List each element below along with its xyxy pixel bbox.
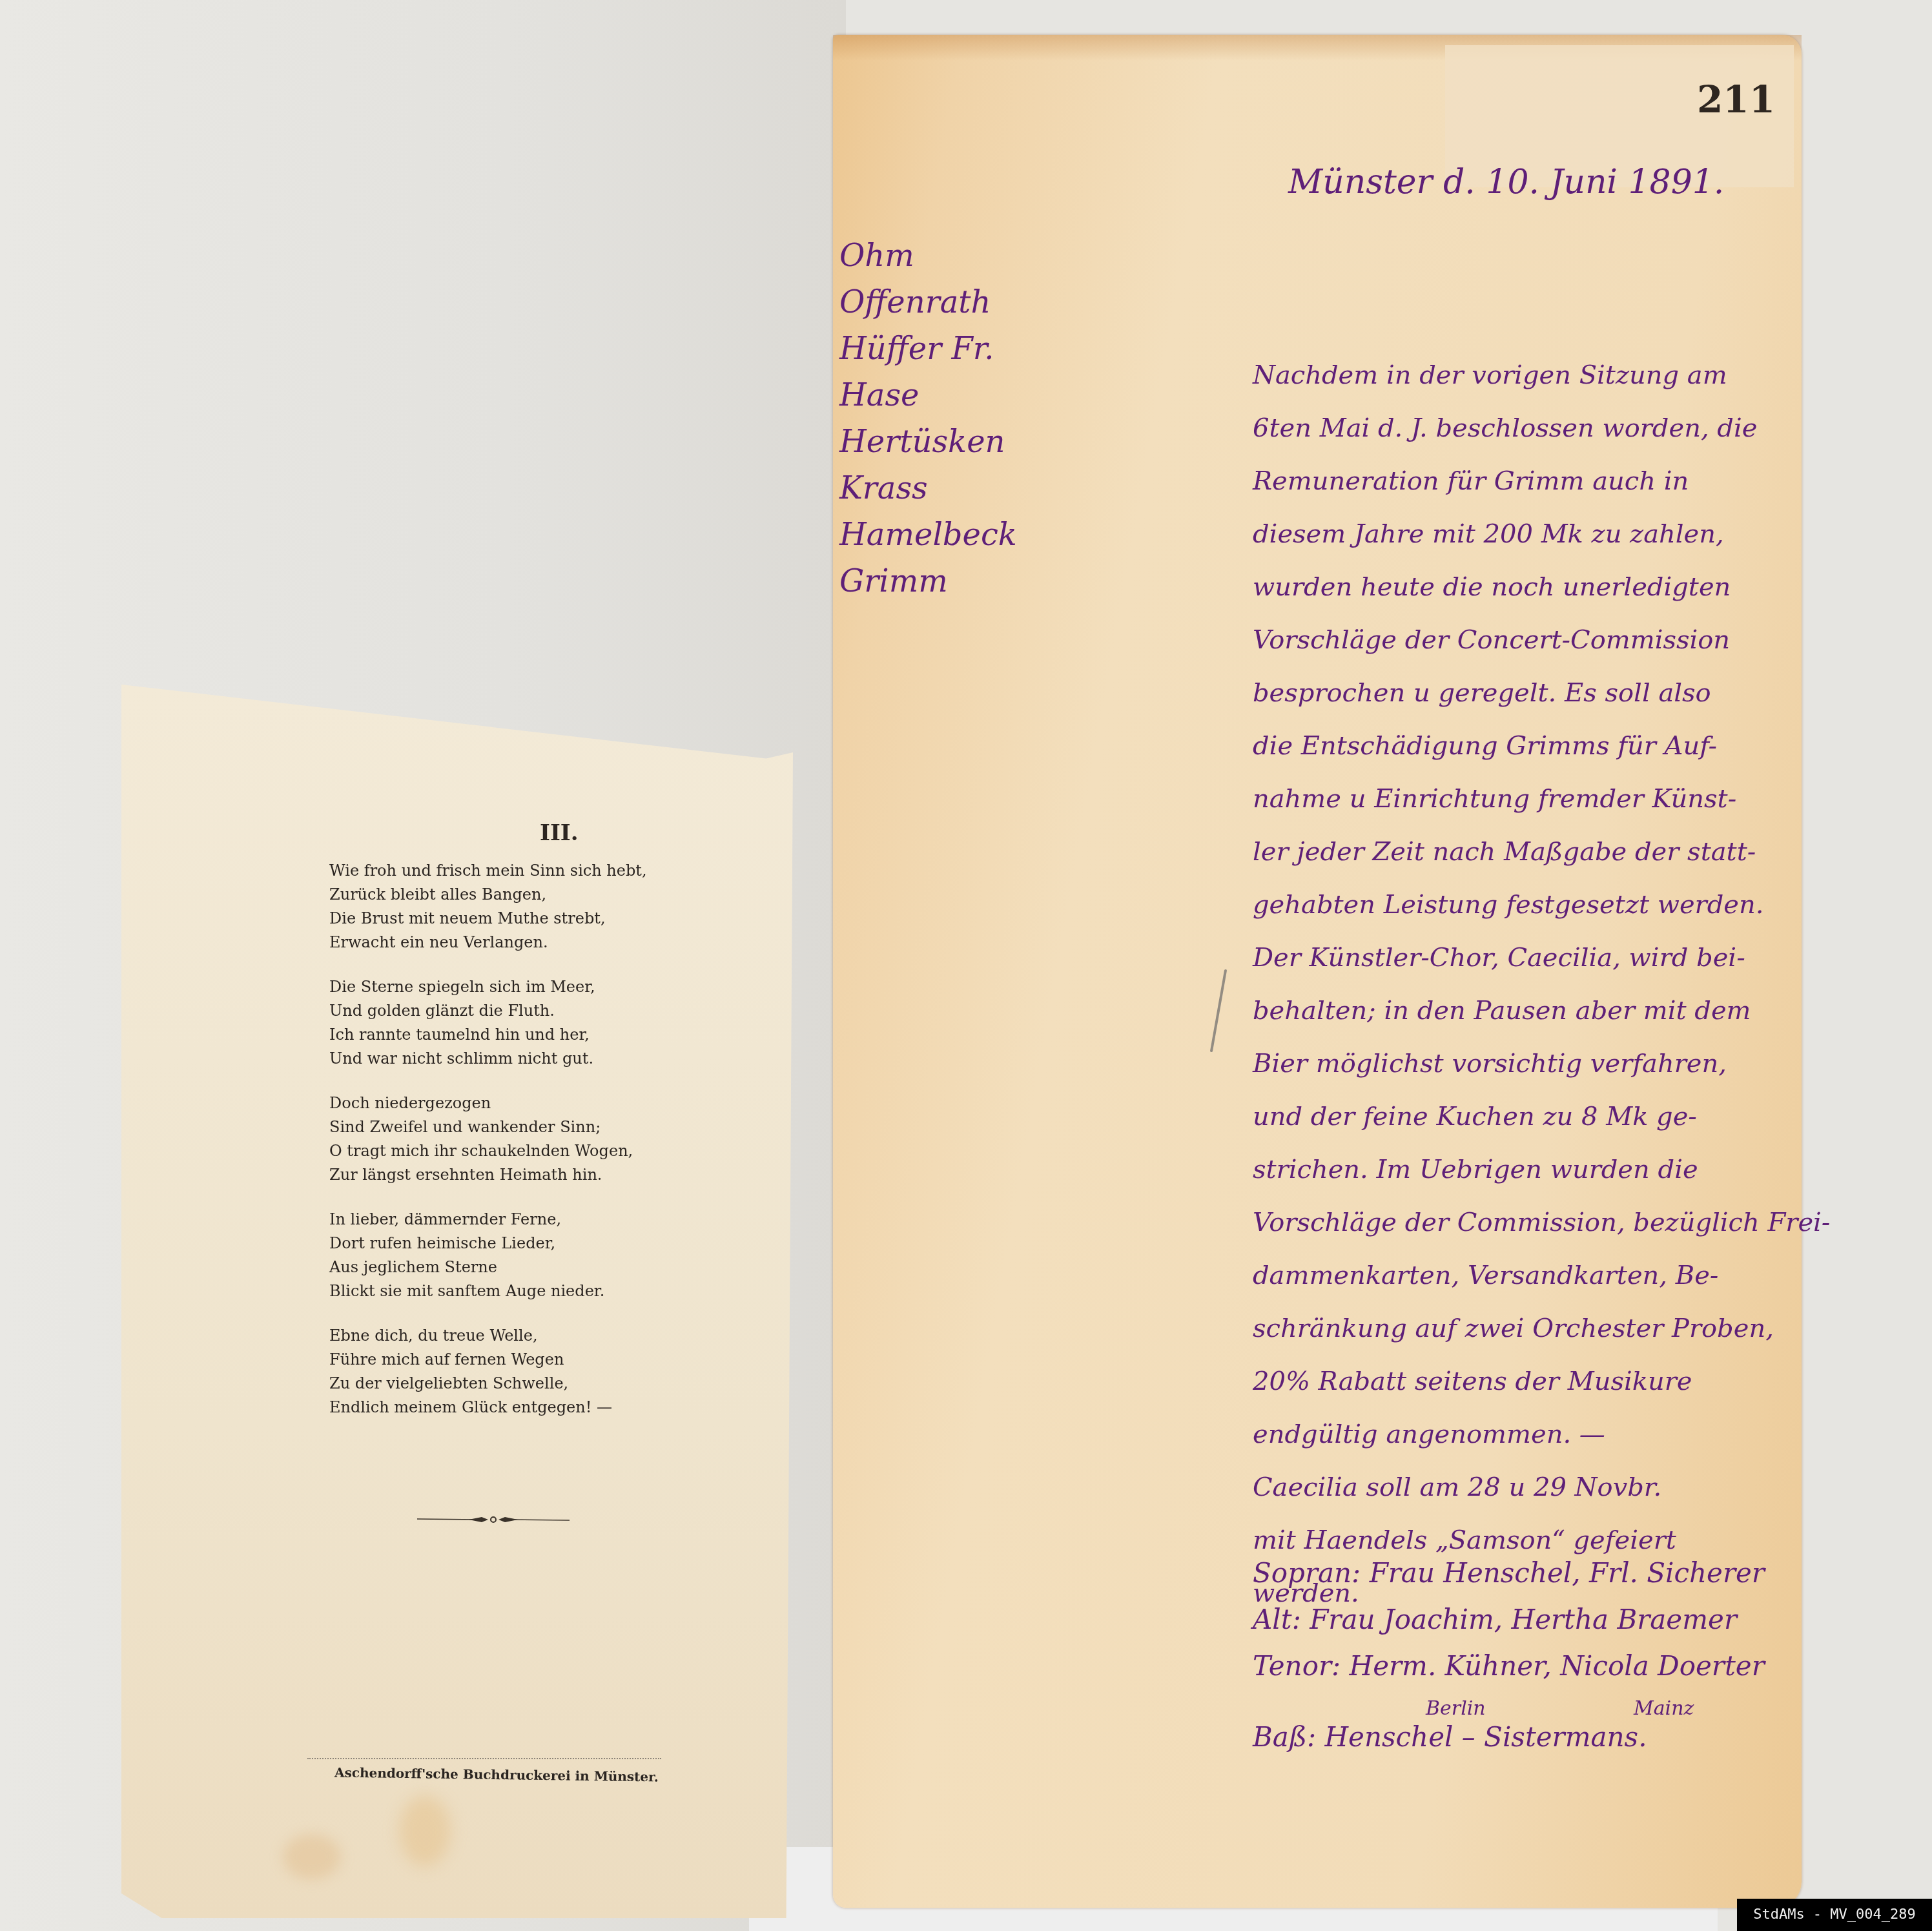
- minutes-line: Vorschläge der Commission, bezüglich Fre…: [1253, 1196, 1830, 1249]
- voice-label: Tenor:: [1253, 1650, 1341, 1682]
- poem-line: Ich rannte taumelnd hin und her,: [329, 1023, 717, 1047]
- soloist-row-bass: Baß: Henschel – Sistermans.: [1253, 1714, 1765, 1761]
- minutes-line: die Entschädigung Grimms für Auf-: [1253, 719, 1830, 772]
- minutes-line: ler jeder Zeit nach Maßgabe der statt-: [1253, 825, 1830, 878]
- voice-label: Baß:: [1253, 1721, 1316, 1753]
- minutes-line: dammenkarten, Versandkarten, Be-: [1253, 1249, 1830, 1302]
- attendee-name: Hase: [839, 372, 1017, 418]
- attendee-name: Hamelbeck: [839, 511, 1017, 558]
- poem-line: Zur längst ersehnten Heimath hin.: [329, 1163, 717, 1187]
- minutes-line: Remuneration für Grimm auch in: [1253, 455, 1830, 508]
- poem-line: Doch niedergezogen: [329, 1091, 717, 1115]
- stanza: Wie froh und frisch mein Sinn sich hebt,…: [329, 859, 717, 955]
- soloist-names: Henschel – Sistermans.: [1324, 1721, 1647, 1753]
- attendee-name: Grimm: [839, 558, 1017, 604]
- minutes-line: Bier möglichst vorsichtig verfahren,: [1253, 1037, 1830, 1090]
- minutes-line: 20% Rabatt seitens der Musikure: [1253, 1355, 1830, 1408]
- poem-line: Zu der vielgeliebten Schwelle,: [329, 1372, 717, 1396]
- stanza: Doch niedergezogen Sind Zweifel und wank…: [329, 1091, 717, 1187]
- soloist-names: Frau Henschel, Frl. Sicherer: [1370, 1557, 1765, 1589]
- minutes-line: Nachdem in der vorigen Sitzung am: [1253, 349, 1830, 402]
- poem-line: Aus jeglichem Sterne: [329, 1255, 717, 1279]
- foxing-stain: [399, 1795, 451, 1866]
- minutes-line: Vorschläge der Concert-Commission: [1253, 614, 1830, 666]
- minutes-body: Nachdem in der vorigen Sitzung am 6ten M…: [1253, 349, 1830, 1620]
- poem-line: O tragt mich ihr schaukelnden Wogen,: [329, 1139, 717, 1163]
- foxing-stain: [283, 1834, 341, 1879]
- poem-line: Wie froh und frisch mein Sinn sich hebt,: [329, 859, 717, 883]
- attendee-name: Offenrath: [839, 279, 1017, 325]
- attendee-list: Ohm Offenrath Hüffer Fr. Hase Hertüsken …: [839, 232, 1017, 604]
- voice-label: Alt:: [1253, 1604, 1301, 1635]
- soloist-row-soprano: Sopran: Frau Henschel, Frl. Sicherer: [1253, 1550, 1765, 1596]
- minutes-line: endgültig angenommen. —: [1253, 1408, 1830, 1461]
- tenor-note-berlin: Berlin: [1426, 1697, 1486, 1720]
- poem-line: Endlich meinem Glück entgegen! —: [329, 1396, 717, 1420]
- minutes-line: nahme u Einrichtung fremder Künst-: [1253, 772, 1830, 825]
- attendee-name: Ohm: [839, 232, 1017, 279]
- poem-line: Die Sterne spiegeln sich im Meer,: [329, 975, 717, 999]
- soloist-names: Frau Joachim, Hertha Braemer: [1310, 1604, 1737, 1635]
- poem-text: Wie froh und frisch mein Sinn sich hebt,…: [329, 859, 717, 1440]
- minutes-line: wurden heute die noch unerledigten: [1253, 561, 1830, 614]
- stanza: In lieber, dämmernder Ferne, Dort rufen …: [329, 1208, 717, 1303]
- tenor-note-mainz: Mainz: [1634, 1697, 1694, 1720]
- soloist-names: Herm. Kühner, Nicola Doerter: [1350, 1650, 1765, 1682]
- minutes-line: Caecilia soll am 28 u 29 Novbr.: [1253, 1461, 1830, 1514]
- stanza: Die Sterne spiegeln sich im Meer, Und go…: [329, 975, 717, 1071]
- minutes-line: gehabten Leistung festgesetzt werden.: [1253, 878, 1830, 931]
- date-line: Münster d. 10. Juni 1891.: [1288, 163, 1724, 201]
- soloist-row-alto: Alt: Frau Joachim, Hertha Braemer: [1253, 1596, 1765, 1643]
- attendee-name: Hertüsken: [839, 418, 1017, 465]
- poem-section-number: III.: [540, 820, 579, 846]
- poem-line: Ebne dich, du treue Welle,: [329, 1324, 717, 1348]
- minutes-line: und der feine Kuchen zu 8 Mk ge-: [1253, 1090, 1830, 1143]
- poem-line: In lieber, dämmernder Ferne,: [329, 1208, 717, 1232]
- ornament-divider-icon: [417, 1516, 570, 1523]
- archive-label: StdAMs - MV_004_289: [1737, 1899, 1932, 1931]
- poem-line: Und golden glänzt die Fluth.: [329, 999, 717, 1023]
- attendee-name: Krass: [839, 465, 1017, 511]
- poem-line: Die Brust mit neuem Muthe strebt,: [329, 907, 717, 931]
- minutes-line: strichen. Im Uebrigen wurden die: [1253, 1143, 1830, 1196]
- minutes-line: diesem Jahre mit 200 Mk zu zahlen,: [1253, 508, 1830, 561]
- poem-line: Dort rufen heimische Lieder,: [329, 1232, 717, 1255]
- page-number: 211: [1697, 77, 1775, 121]
- minutes-line: behalten; in den Pausen aber mit dem: [1253, 984, 1830, 1037]
- soloists-list: Sopran: Frau Henschel, Frl. Sicherer Alt…: [1253, 1550, 1765, 1761]
- voice-label: Sopran:: [1253, 1557, 1361, 1589]
- poem-line: Erwacht ein neu Verlangen.: [329, 931, 717, 955]
- attendee-name: Hüffer Fr.: [839, 325, 1017, 372]
- poem-line: Sind Zweifel und wankender Sinn;: [329, 1115, 717, 1139]
- poem-line: Zurück bleibt alles Bangen,: [329, 883, 717, 907]
- soloist-row-tenor: Tenor: Herm. Kühner, Nicola Doerter: [1253, 1643, 1765, 1689]
- poem-line: Führe mich auf fernen Wegen: [329, 1348, 717, 1372]
- minutes-line: schränkung auf zwei Orchester Proben,: [1253, 1302, 1830, 1355]
- minutes-line: Der Künstler-Chor, Caecilia, wird bei-: [1253, 931, 1830, 984]
- minutes-line: besprochen u geregelt. Es soll also: [1253, 666, 1830, 719]
- poem-line: Und war nicht schlimm nicht gut.: [329, 1047, 717, 1071]
- stanza: Ebne dich, du treue Welle, Führe mich au…: [329, 1324, 717, 1420]
- minutes-line: 6ten Mai d. J. beschlossen worden, die: [1253, 402, 1830, 455]
- poem-line: Blickt sie mit sanftem Auge nieder.: [329, 1279, 717, 1303]
